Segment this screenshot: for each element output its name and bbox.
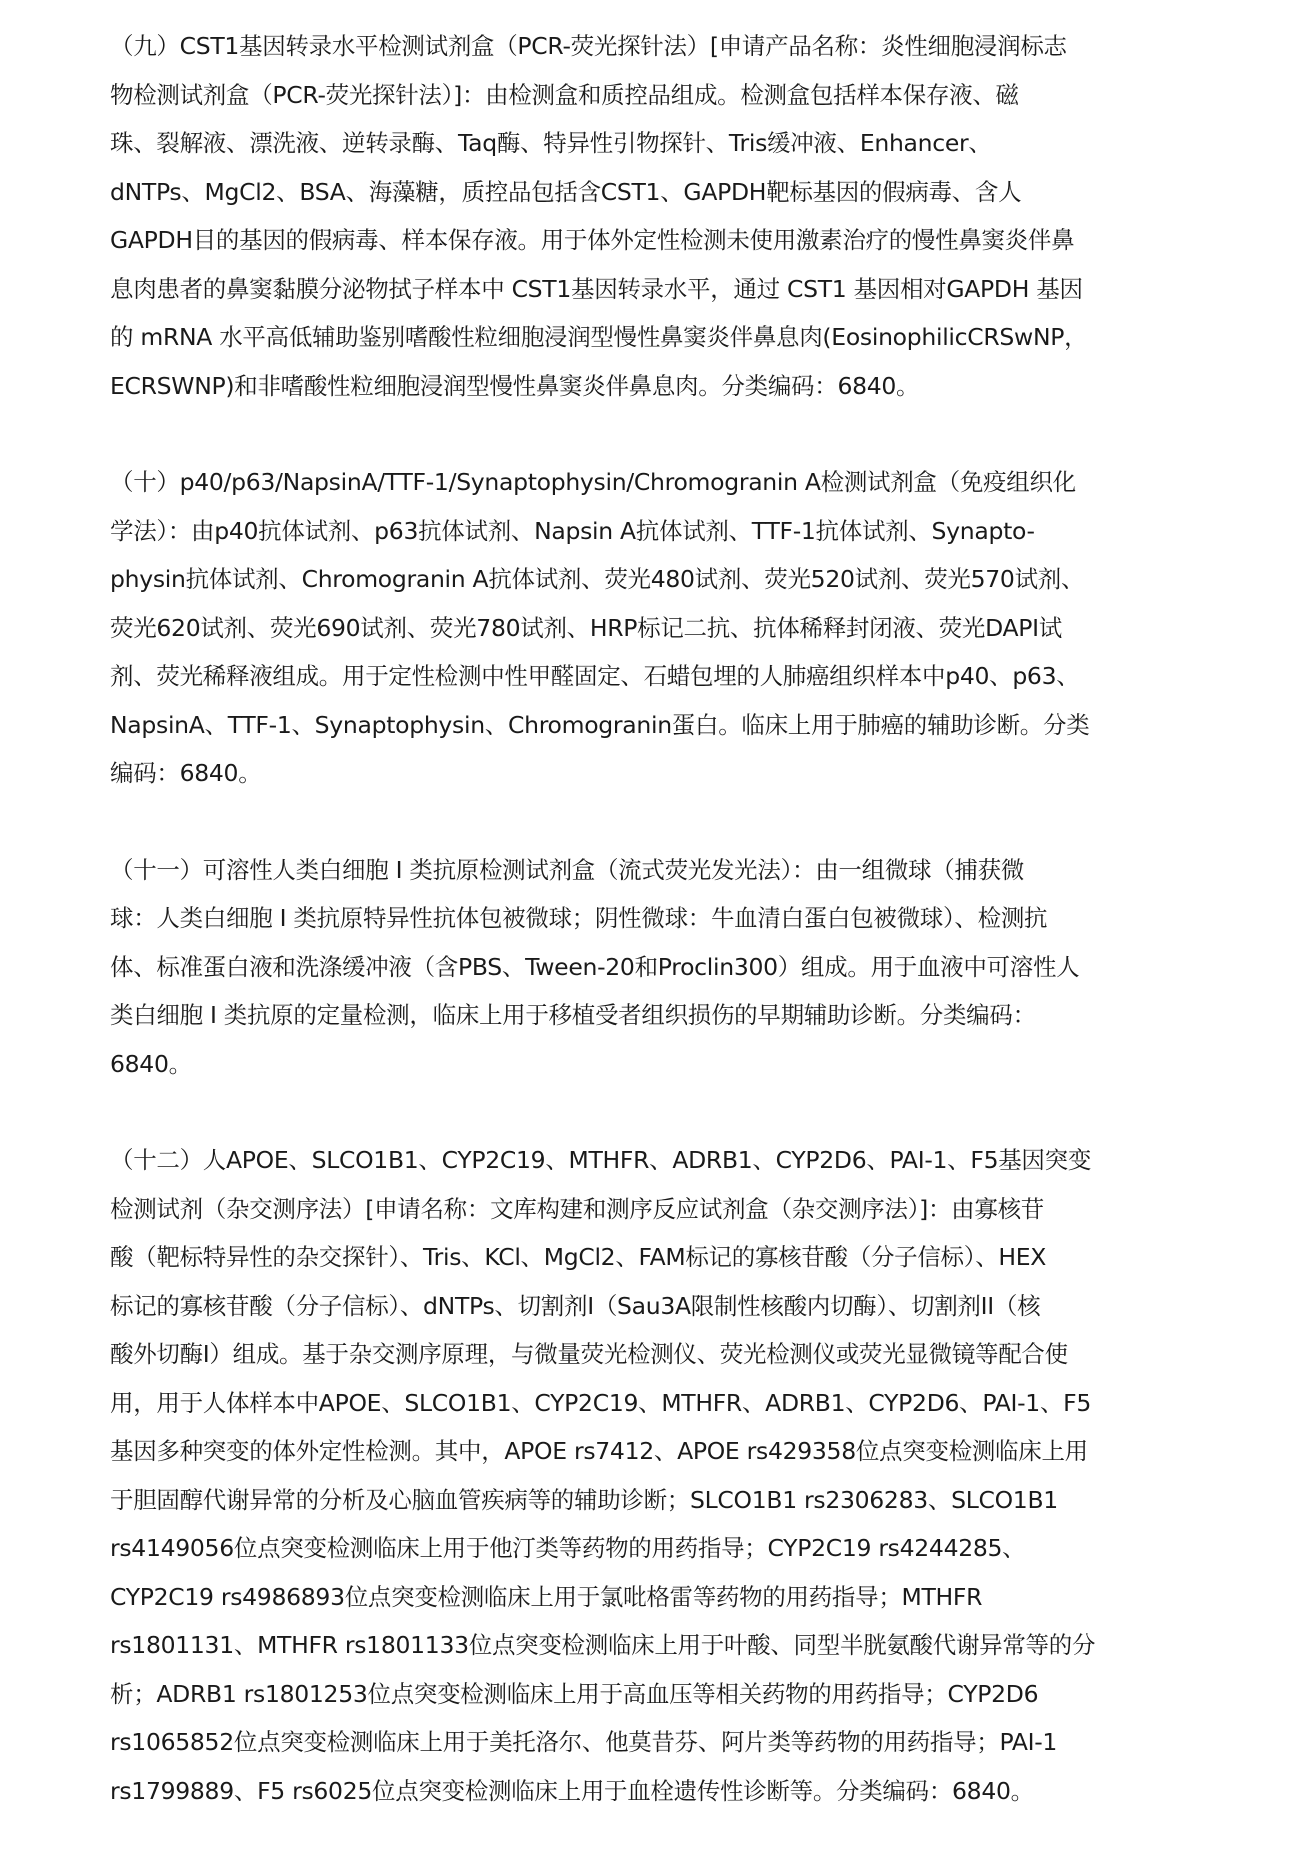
text-line: 基因多种突变的体外定性检测。其中，APOE rs7412、APOE rs4293… bbox=[110, 1427, 1190, 1476]
text-line: 标记的寡核苷酸（分子信标）、dNTPs、切割剂I（Sau3A限制性核酸内切酶）、… bbox=[110, 1282, 1190, 1331]
paragraph-item-10: （十）p40/p63/NapsinA/TTF-1/Synaptophysin/C… bbox=[110, 458, 1190, 798]
text-line: 6840。 bbox=[110, 1040, 1190, 1089]
text-line: 珠、裂解液、漂洗液、逆转录酶、Taq酶、特异性引物探针、Tris缓冲液、Enha… bbox=[110, 119, 1190, 168]
text-line: 于胆固醇代谢异常的分析及心脑血管疾病等的辅助诊断；SLCO1B1 rs23062… bbox=[110, 1476, 1190, 1525]
text-line: （九）CST1基因转录水平检测试剂盒（PCR-荧光探针法）[申请产品名称：炎性细… bbox=[110, 22, 1190, 71]
text-line: rs4149056位点突变检测临床上用于他汀类等药物的用药指导；CYP2C19 … bbox=[110, 1524, 1190, 1573]
text-line: （十一）可溶性人类白细胞 I 类抗原检测试剂盒（流式荧光发光法）：由一组微球（捕… bbox=[110, 846, 1190, 895]
text-line: physin抗体试剂、Chromogranin A抗体试剂、荧光480试剂、荧光… bbox=[110, 555, 1190, 604]
text-line: rs1065852位点突变检测临床上用于美托洛尔、他莫昔芬、阿片类等药物的用药指… bbox=[110, 1718, 1190, 1767]
text-line: （十）p40/p63/NapsinA/TTF-1/Synaptophysin/C… bbox=[110, 458, 1190, 507]
text-line: ECRSWNP)和非嗜酸性粒细胞浸润型慢性鼻窦炎伴鼻息肉。分类编码：6840。 bbox=[110, 362, 1190, 411]
text-line: 检测试剂（杂交测序法）[申请名称：文库构建和测序反应试剂盒（杂交测序法）]：由寡… bbox=[110, 1185, 1190, 1234]
text-line: 酸外切酶I）组成。基于杂交测序原理，与微量荧光检测仪、荧光检测仪或荧光显微镜等配… bbox=[110, 1330, 1190, 1379]
paragraph-item-9: （九）CST1基因转录水平检测试剂盒（PCR-荧光探针法）[申请产品名称：炎性细… bbox=[110, 22, 1190, 410]
text-line: 类白细胞 I 类抗原的定量检测，临床上用于移植受者组织损伤的早期辅助诊断。分类编… bbox=[110, 991, 1190, 1040]
text-line: 体、标准蛋白液和洗涤缓冲液（含PBS、Tween-20和Proclin300）组… bbox=[110, 943, 1190, 992]
text-line: 物检测试剂盒（PCR-荧光探针法）]：由检测盒和质控品组成。检测盒包括样本保存液… bbox=[110, 71, 1190, 120]
text-line: rs1801131、MTHFR rs1801133位点突变检测临床上用于叶酸、同… bbox=[110, 1621, 1190, 1670]
text-line: 息肉患者的鼻窦黏膜分泌物拭子样本中 CST1基因转录水平，通过 CST1 基因相… bbox=[110, 265, 1190, 314]
text-line: 球：人类白细胞 I 类抗原特异性抗体包被微球；阴性微球：牛血清白蛋白包被微球）、… bbox=[110, 894, 1190, 943]
text-line: 的 mRNA 水平高低辅助鉴别嗜酸性粒细胞浸润型慢性鼻窦炎伴鼻息肉(Eosino… bbox=[110, 313, 1190, 362]
text-line: CYP2C19 rs4986893位点突变检测临床上用于氯吡格雷等药物的用药指导… bbox=[110, 1573, 1190, 1622]
text-line: 剂、荧光稀释液组成。用于定性检测中性甲醛固定、石蜡包埋的人肺癌组织样本中p40、… bbox=[110, 652, 1190, 701]
text-line: rs1799889、F5 rs6025位点突变检测临床上用于血栓遗传性诊断等。分… bbox=[110, 1767, 1190, 1816]
paragraph-item-12: （十二）人APOE、SLCO1B1、CYP2C19、MTHFR、ADRB1、CY… bbox=[110, 1136, 1190, 1815]
text-line: 析；ADRB1 rs1801253位点突变检测临床上用于高血压等相关药物的用药指… bbox=[110, 1670, 1190, 1719]
text-line: GAPDH目的基因的假病毒、样本保存液。用于体外定性检测未使用激素治疗的慢性鼻窦… bbox=[110, 216, 1190, 265]
text-line: 编码：6840。 bbox=[110, 749, 1190, 798]
text-line: 荧光620试剂、荧光690试剂、荧光780试剂、HRP标记二抗、抗体稀释封闭液、… bbox=[110, 604, 1190, 653]
text-line: NapsinA、TTF-1、Synaptophysin、Chromogranin… bbox=[110, 701, 1190, 750]
paragraph-item-11: （十一）可溶性人类白细胞 I 类抗原检测试剂盒（流式荧光发光法）：由一组微球（捕… bbox=[110, 846, 1190, 1089]
text-line: dNTPs、MgCl2、BSA、海藻糖，质控品包括含CST1、GAPDH靶标基因… bbox=[110, 168, 1190, 217]
text-line: 用，用于人体样本中APOE、SLCO1B1、CYP2C19、MTHFR、ADRB… bbox=[110, 1379, 1190, 1428]
text-line: （十二）人APOE、SLCO1B1、CYP2C19、MTHFR、ADRB1、CY… bbox=[110, 1136, 1190, 1185]
text-line: 酸（靶标特异性的杂交探针）、Tris、KCl、MgCl2、FAM标记的寡核苷酸（… bbox=[110, 1233, 1190, 1282]
document-page: （九）CST1基因转录水平检测试剂盒（PCR-荧光探针法）[申请产品名称：炎性细… bbox=[110, 22, 1190, 1855]
text-line: 学法）：由p40抗体试剂、p63抗体试剂、Napsin A抗体试剂、TTF-1抗… bbox=[110, 507, 1190, 556]
